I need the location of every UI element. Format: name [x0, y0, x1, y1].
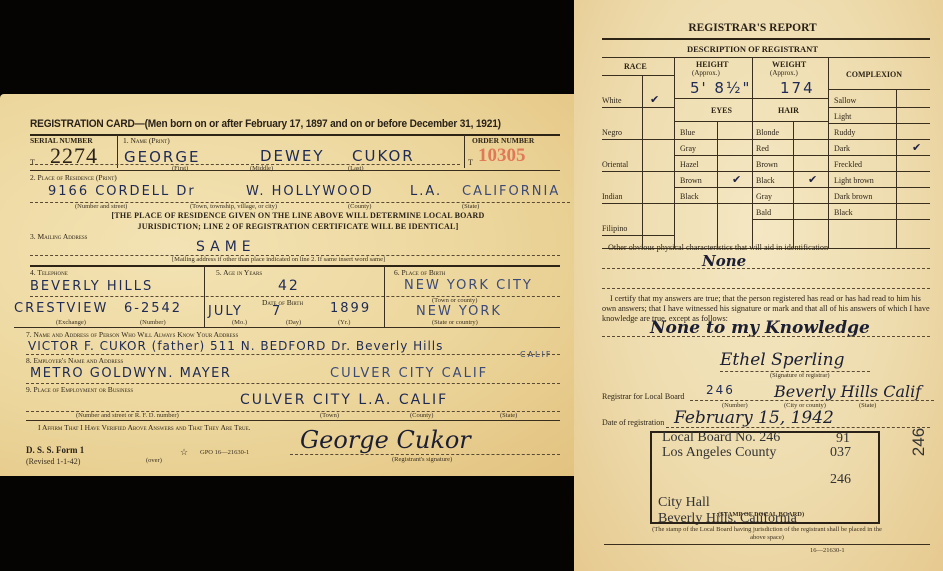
divider	[604, 544, 930, 545]
divider	[602, 235, 674, 236]
contact-label: 7. Name and Address of Person Who Will A…	[26, 330, 238, 339]
divider	[896, 89, 897, 248]
check-mark-icon: ✔	[650, 93, 659, 106]
divider	[30, 170, 560, 171]
residence-label: 2. Place of Residence (Print)	[30, 173, 117, 182]
employer-name: METRO GOLDWYN. MAYER	[30, 366, 231, 381]
hair-header: HAIR	[778, 106, 799, 115]
divider	[602, 107, 674, 108]
state-sublabel: (State)	[462, 203, 479, 210]
street-rfd-sublabel: (Number and street or R. F. D. number)	[76, 412, 179, 419]
divider	[674, 58, 675, 248]
complexion-option: Sallow	[834, 96, 856, 105]
age-value: 42	[278, 278, 300, 294]
dob-year: 1899	[330, 301, 371, 316]
card-title: REGISTRATION CARD—(Men born on or after …	[30, 118, 501, 130]
weight-approx: (Approx.)	[770, 69, 798, 77]
height-value: 5' 8½"	[690, 79, 751, 97]
complexion-option: Dark	[834, 144, 850, 153]
divider	[828, 89, 930, 90]
stamp-code-3: 246	[830, 472, 851, 488]
mailing-note: [Mailing address if other than place ind…	[172, 256, 385, 263]
eye-option: Black	[680, 192, 699, 201]
registrant-signature: George Cukor	[300, 426, 471, 454]
local-board-label: Registrar for Local Board	[602, 392, 684, 401]
hair-option: Gray	[756, 192, 772, 201]
stamp-line4: Beverly Hills, California	[658, 511, 797, 527]
divider	[674, 155, 752, 156]
hair-option: Blonde	[756, 128, 779, 137]
divider	[602, 268, 930, 269]
hair-option: Red	[756, 144, 769, 153]
local-board-number: 246	[706, 383, 735, 397]
divider	[204, 266, 205, 328]
birthplace-label: 6. Place of Birth	[394, 268, 445, 277]
weight-header: WEIGHT	[772, 60, 806, 69]
serial-number: 2274	[50, 143, 98, 169]
eye-option: Blue	[680, 128, 695, 137]
telephone-label: 4. Telephone	[30, 268, 68, 277]
divider	[384, 266, 385, 328]
divider	[752, 155, 828, 156]
form-revised: (Revised 1-1-42)	[26, 457, 80, 466]
dob-day: 7	[272, 304, 282, 319]
middle-name: DEWEY	[260, 147, 325, 165]
divider	[602, 336, 930, 337]
height-approx: (Approx.)	[692, 69, 720, 77]
exceptions-value: None to my Knowledge	[650, 318, 870, 338]
serial-prefix: T	[30, 158, 35, 167]
weight-value: 174	[780, 79, 815, 97]
employer-label: 8. Employer's Name and Address	[26, 356, 123, 365]
telephone-exchange: CRESTVIEW	[14, 301, 108, 316]
other-characteristics-value: None	[702, 252, 746, 270]
stamp-note: (The stamp of the Local Board having jur…	[646, 526, 888, 542]
divider	[828, 171, 930, 172]
stamp-line3: City Hall	[658, 495, 710, 511]
order-number-label: ORDER NUMBER	[472, 136, 534, 145]
complexion-option: Black	[834, 208, 853, 217]
eye-option: Hazel	[680, 160, 699, 169]
check-mark-icon: ✔	[912, 141, 921, 154]
year-sublabel: (Yr.)	[338, 319, 350, 326]
county-sublabel: (County)	[410, 412, 433, 419]
divider	[26, 383, 560, 384]
race-option: Negro	[602, 128, 622, 137]
state-country-sublabel: (State or country)	[432, 319, 478, 326]
residence-street: 9166 CORDELL Dr	[48, 184, 196, 199]
last-name: CUKOR	[352, 147, 415, 165]
race-option: Indian	[602, 192, 622, 201]
stamp-line1: Local Board No. 246	[662, 430, 780, 446]
check-mark-icon: ✔	[732, 173, 741, 186]
description-title: DESCRIPTION OF REGISTRANT	[568, 44, 937, 54]
mailing-address: SAME	[196, 239, 256, 255]
dob-month: JULY	[208, 304, 243, 319]
telephone-line1: BEVERLY HILLS	[30, 279, 153, 294]
dob-label: Date of Birth	[262, 298, 303, 307]
divider	[464, 135, 465, 168]
divider	[14, 327, 560, 328]
local-board-stamp: Local Board No. 246 Los Angeles County 9…	[650, 431, 880, 524]
stamp-line2: Los Angeles County	[662, 445, 776, 461]
divider	[602, 57, 930, 58]
registration-card: REGISTRATION CARD—(Men born on or after …	[0, 94, 578, 476]
signature-label: (Registrant's signature)	[392, 456, 452, 463]
employer-city: CULVER CITY CALIF	[330, 366, 488, 381]
residence-county: L.A.	[410, 184, 442, 199]
divider	[828, 203, 930, 204]
registrar-signature: Ethel Sperling	[720, 350, 845, 370]
complexion-header: COMPLEXION	[846, 70, 902, 79]
hair-option: Black	[756, 176, 775, 185]
divider	[602, 139, 674, 140]
check-mark-icon: ✔	[808, 173, 817, 186]
divider	[752, 139, 828, 140]
local-board-city: Beverly Hills Calif	[774, 382, 921, 401]
divider	[717, 122, 718, 248]
complexion-option: Dark brown	[834, 192, 872, 201]
divider	[752, 171, 828, 172]
mailing-label: 3. Mailing Address	[30, 232, 87, 241]
divider	[674, 203, 752, 204]
number-sublabel: (Number)	[140, 319, 166, 326]
complexion-option: Freckled	[834, 160, 862, 169]
board-state-sublabel: (State)	[859, 402, 876, 409]
hair-option: Brown	[756, 160, 778, 169]
other-characteristics-label: Other obvious physical characteristics t…	[608, 243, 828, 252]
county-sublabel: (County)	[348, 203, 371, 210]
over-label: (over)	[146, 457, 162, 464]
town-sublabel: (Town, township, village, or city)	[190, 203, 277, 210]
exchange-sublabel: (Exchange)	[56, 319, 86, 326]
stamp-code-2: 037	[830, 445, 851, 461]
street-sublabel: (Number and street)	[75, 203, 127, 210]
divider	[828, 187, 930, 188]
date-label: Date of registration	[602, 418, 664, 427]
contact-value: VICTOR F. CUKOR (father) 511 N. BEDFORD …	[28, 339, 443, 353]
registrars-report-card: REGISTRAR'S REPORT DESCRIPTION OF REGIST…	[574, 0, 943, 571]
divider	[828, 219, 930, 220]
report-print-code: 16—21630-1	[810, 547, 845, 554]
residence-notice-1: [THE PLACE OF RESIDENCE GIVEN ON THE LIN…	[38, 210, 558, 221]
hair-option: Bald	[756, 208, 771, 217]
month-sublabel: (Mo.)	[232, 319, 247, 326]
affirmation: I Affirm That I Have Verified Above Answ…	[38, 423, 251, 432]
order-prefix: T	[468, 158, 473, 167]
birthplace-town: NEW YORK CITY	[404, 278, 533, 293]
divider	[30, 265, 560, 267]
complexion-option: Ruddy	[834, 128, 855, 137]
complexion-option: Light	[834, 112, 851, 121]
signature-line	[290, 454, 560, 455]
residence-town: W. HOLLYWOOD	[246, 184, 374, 199]
divider	[602, 38, 930, 40]
divider	[752, 187, 828, 188]
divider	[674, 139, 752, 140]
race-option: Filipino	[602, 224, 627, 233]
divider	[674, 171, 752, 172]
birthplace-state: NEW YORK	[416, 304, 502, 319]
divider	[828, 155, 930, 156]
divider	[690, 400, 934, 401]
divider	[828, 139, 930, 140]
residence-notice-2: JURISDICTION; LINE 2 OF REGISTRATION CER…	[38, 221, 558, 232]
race-option: White	[602, 96, 622, 105]
race-option: Oriental	[602, 160, 628, 169]
race-header: RACE	[624, 62, 647, 71]
state-sublabel: (State)	[500, 412, 517, 419]
employment-place-label: 9. Place of Employment or Business	[26, 385, 133, 394]
divider	[752, 219, 828, 220]
height-header: HEIGHT	[696, 60, 728, 69]
eye-option: Brown	[680, 176, 702, 185]
day-sublabel: (Day)	[286, 319, 301, 326]
divider	[30, 296, 560, 297]
divider	[793, 122, 794, 248]
divider	[602, 75, 674, 76]
divider	[828, 107, 930, 108]
eyes-header: EYES	[711, 106, 732, 115]
town-country-sublabel: (Town or county)	[432, 297, 477, 304]
divider	[26, 354, 560, 355]
divider	[602, 288, 930, 289]
divider	[752, 203, 828, 204]
divider	[674, 121, 828, 122]
date-value: February 15, 1942	[674, 408, 834, 428]
divider	[674, 98, 828, 99]
star-icon: ☆	[180, 447, 188, 458]
margin-board-number: 246	[909, 428, 929, 456]
residence-state: CALIFORNIA	[462, 184, 560, 199]
employment-place: CULVER CITY L.A. CALIF	[240, 392, 448, 408]
complexion-option: Light brown	[834, 176, 874, 185]
divider	[666, 427, 930, 428]
divider	[674, 187, 752, 188]
eye-option: Gray	[680, 144, 696, 153]
divider	[602, 203, 674, 204]
divider	[26, 420, 560, 421]
telephone-number: 6-2542	[124, 301, 182, 316]
order-number: 10305	[478, 145, 526, 167]
divider	[602, 171, 674, 172]
print-code: GPO 16—21630-1	[200, 449, 249, 456]
registrar-signature-label: (Signature of registrar)	[770, 372, 830, 379]
name-label: 1. Name (Print)	[123, 136, 170, 145]
divider	[828, 123, 930, 124]
divider	[642, 76, 643, 248]
age-label: 5. Age in Years	[216, 268, 262, 277]
report-title: REGISTRAR'S REPORT	[568, 22, 937, 34]
town-sublabel: (Town)	[320, 412, 339, 419]
form-name: D. S. S. Form 1	[26, 445, 84, 455]
divider	[30, 164, 460, 165]
